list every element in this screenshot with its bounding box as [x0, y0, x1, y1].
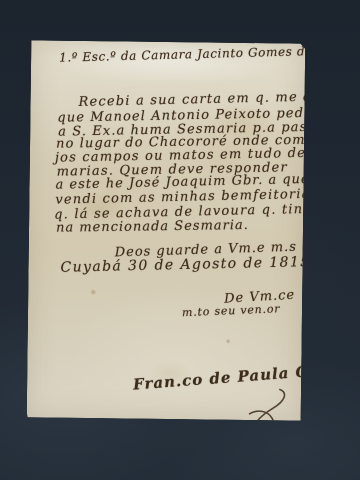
- dateline: Cuyabá 30 de Agosto de 1815.: [60, 254, 316, 276]
- manuscript-photograph: 1.º Esc.º da Camara Jacinto Gomes da Cos…: [0, 0, 360, 480]
- letter-paper: 1.º Esc.º da Camara Jacinto Gomes da Cos…: [27, 40, 306, 420]
- paper-stain: [226, 339, 231, 344]
- paper-stain: [90, 289, 96, 295]
- body-line: na mencionada Sesmaria.: [56, 218, 249, 236]
- signature: Fran.co de Paula Cor.a: [132, 360, 344, 394]
- addressee-line: 1.º Esc.º da Camara Jacinto Gomes da Cos…: [59, 43, 355, 65]
- signature-flourish-icon: [218, 386, 300, 444]
- sender-line: m.to seu ven.or: [182, 302, 281, 319]
